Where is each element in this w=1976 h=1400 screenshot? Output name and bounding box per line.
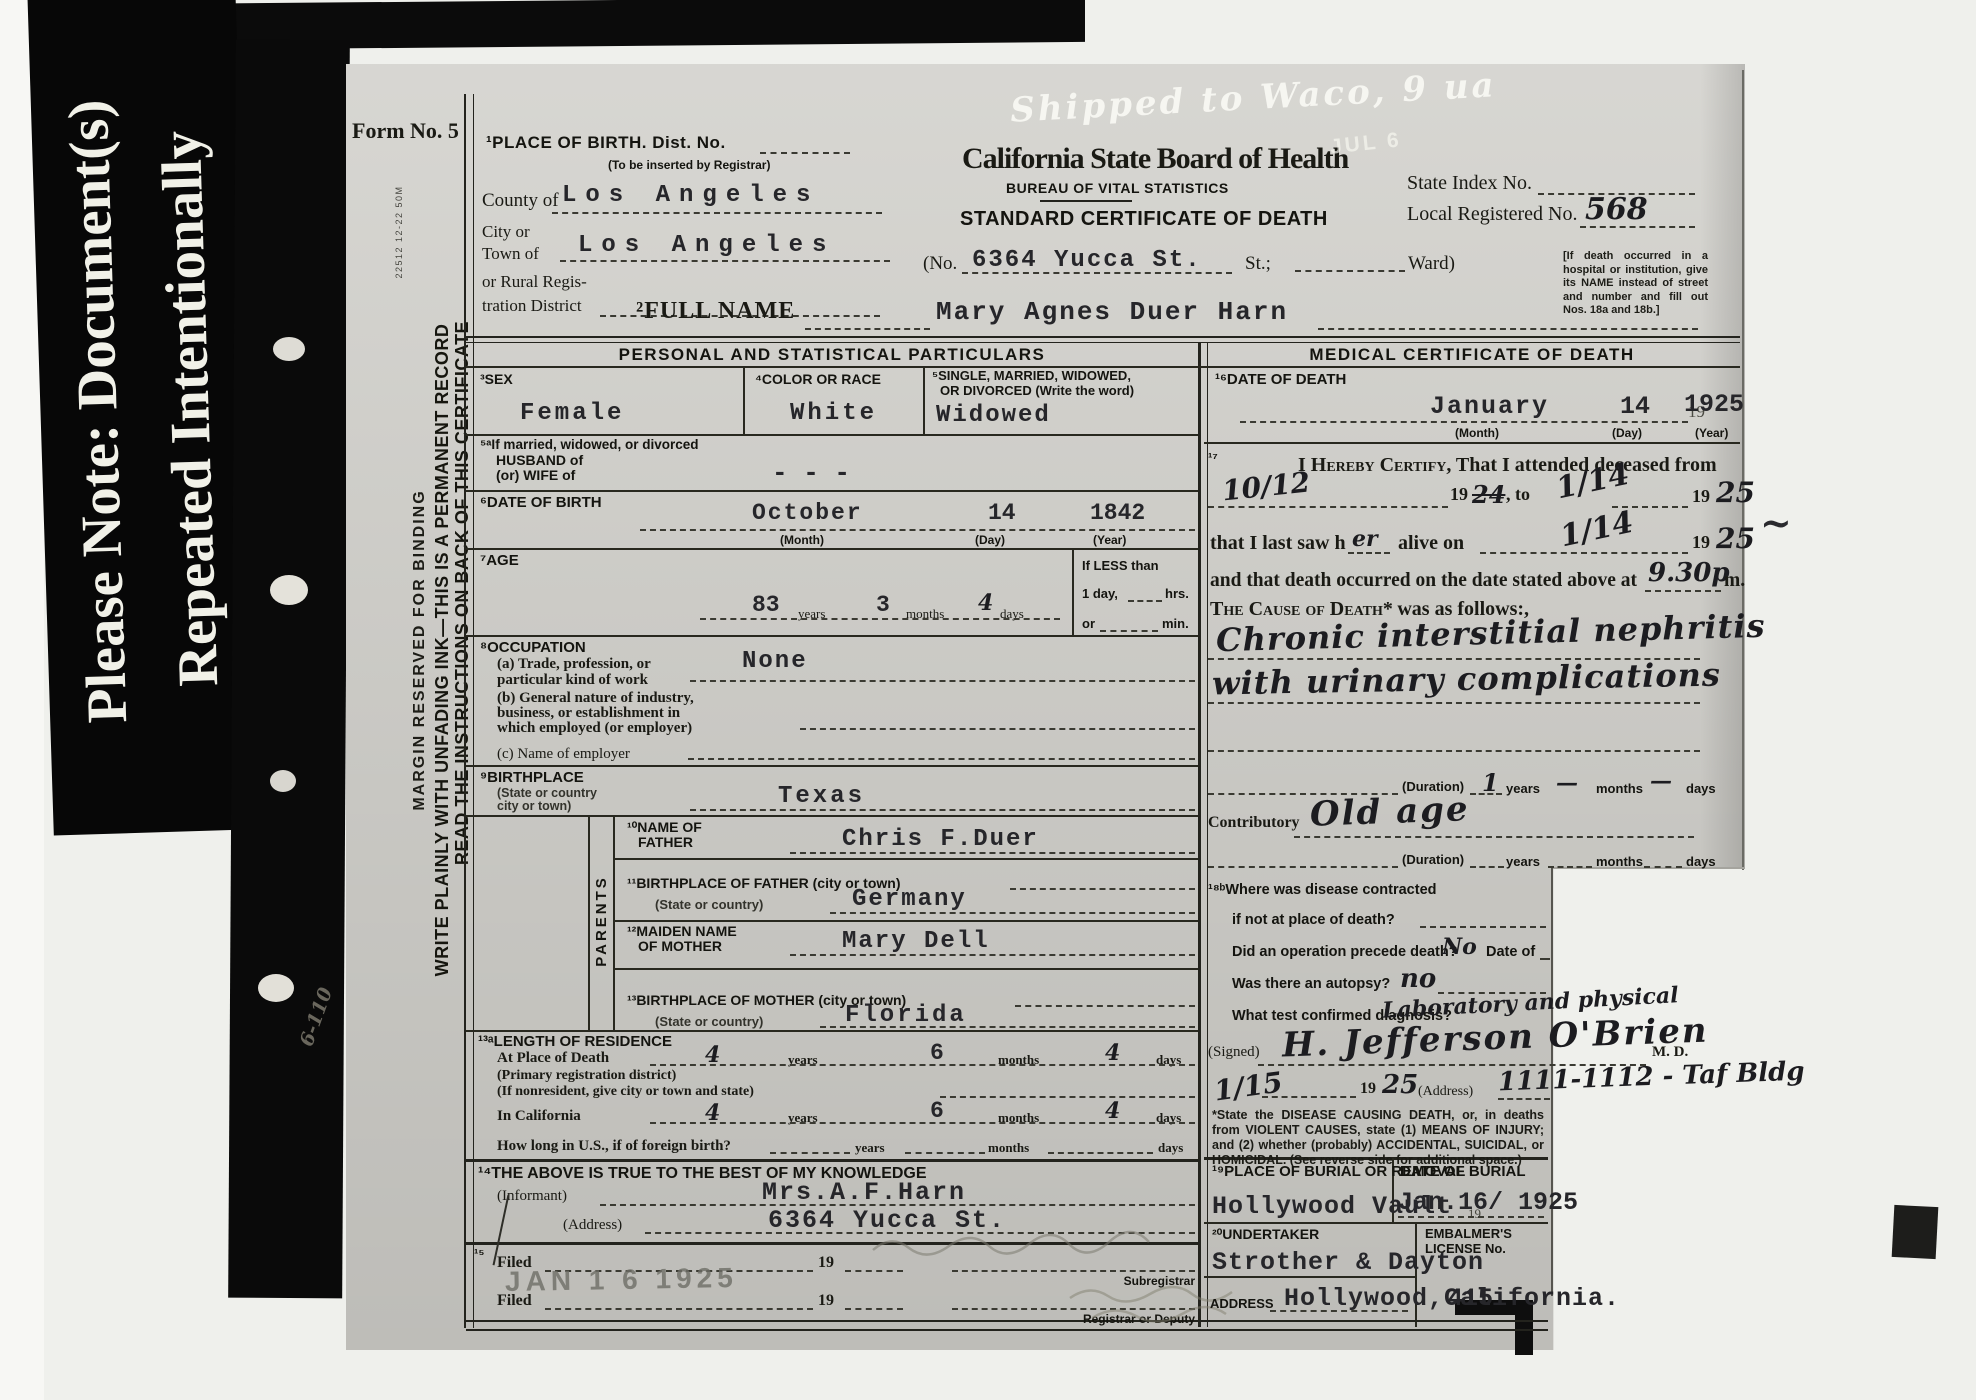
embalmer-no-value: 415 xyxy=(1448,1284,1493,1313)
filed-item-number: ¹⁵ xyxy=(474,1246,484,1261)
duration1-months-value: — xyxy=(1556,770,1578,796)
rule xyxy=(1204,1222,1548,1224)
or-caption: or xyxy=(1082,616,1095,631)
occupation-a1: (a) Trade, profession, or xyxy=(497,656,651,673)
race-label: ⁴COLOR OR RACE xyxy=(755,371,881,387)
certify-line: I Hereby Certify, That I attended deceas… xyxy=(1298,454,1717,477)
hrs-line xyxy=(1128,600,1162,602)
occupation-a2: particular kind of work xyxy=(497,672,648,689)
dod-line xyxy=(1240,421,1688,423)
duration2-lead xyxy=(1208,866,1398,868)
form-number: Form No. 5 xyxy=(352,118,459,144)
age-label: ⁷AGE xyxy=(480,552,519,569)
mother-bp-line xyxy=(820,1026,1195,1028)
filed-19-2: 19 xyxy=(818,1292,834,1310)
mother-name-value: Mary Dell xyxy=(842,928,990,955)
duration1-months-caption: months xyxy=(1596,781,1643,796)
local-reg-value: 568 xyxy=(1585,192,1648,227)
mother-name-label-1: ¹²MAIDEN NAME xyxy=(627,923,737,939)
ward-label: Ward) xyxy=(1408,253,1455,275)
burial-date-label: DATE OF BURIAL xyxy=(1400,1163,1526,1180)
column-divider xyxy=(1198,343,1208,1327)
write-plainly-note: WRITE PLAINLY WITH UNFADING INK—THIS IS … xyxy=(432,280,452,1020)
dod-day-caption: (Day) xyxy=(1612,426,1642,440)
sex-value: Female xyxy=(520,400,624,427)
print-code: 22512 12-22 50M xyxy=(394,172,408,292)
scanned-death-certificate: Please Note: Document(s) Repeated Intent… xyxy=(0,0,1976,1400)
min-caption: min. xyxy=(1162,616,1189,631)
spouse-value: - - - xyxy=(772,458,850,488)
father-bp-lead xyxy=(1010,888,1195,890)
embalmer-label-1: EMBALMER'S xyxy=(1425,1226,1512,1241)
us-line xyxy=(770,1152,850,1154)
us-years-caption: years xyxy=(855,1140,885,1156)
rule-thick xyxy=(466,1159,1198,1162)
min-line xyxy=(1100,630,1158,632)
informant-address-caption: (Address) xyxy=(563,1217,622,1234)
mother-bp-lead xyxy=(1015,1005,1195,1007)
parents-box-line xyxy=(588,815,590,1030)
ward-line xyxy=(1295,270,1405,272)
dod-label: ¹⁶DATE OF DEATH xyxy=(1215,371,1346,388)
contracted-label: ¹⁸ᵇWhere was disease contracted xyxy=(1208,882,1437,898)
informant-value: Mrs.A.F.Harn xyxy=(762,1178,966,1207)
dob-month: October xyxy=(752,500,863,526)
filed-line-2a xyxy=(545,1308,813,1310)
rule xyxy=(466,635,1198,637)
dod-day-value: 14 xyxy=(1620,392,1650,421)
mother-bp-value: Florida xyxy=(845,1002,967,1029)
us-months-caption: months xyxy=(988,1140,1029,1156)
attended-from-year: 24 xyxy=(1472,480,1505,509)
margin-reserved-note: MARGIN RESERVED FOR BINDING xyxy=(411,390,429,910)
full-name-line-a xyxy=(805,328,930,330)
us-days-caption: days xyxy=(1158,1140,1183,1156)
father-name-line xyxy=(790,852,1195,854)
filed-19-1: 19 xyxy=(818,1254,834,1272)
if-less-label-2: 1 day, xyxy=(1082,586,1118,601)
us-line3 xyxy=(1048,1152,1153,1154)
ca-days-value: 4 xyxy=(1105,1098,1120,1124)
father-bp-line xyxy=(830,912,1195,914)
attended-to-label: , to xyxy=(1506,484,1530,505)
contributory-value: Old age xyxy=(1309,789,1470,835)
last-saw-year: 25 xyxy=(1716,522,1755,555)
mother-name-label-2: OF MOTHER xyxy=(638,938,722,954)
father-name-value: Chris F.Duer xyxy=(842,826,1039,853)
dob-day: 14 xyxy=(988,500,1016,526)
operation-label: Did an operation precede death? xyxy=(1232,944,1458,960)
street-value: 6364 Yucca St. xyxy=(972,247,1202,274)
spouse-label-3: (or) WIFE of xyxy=(496,467,575,483)
rule xyxy=(466,548,1198,550)
not-at-place-line xyxy=(1420,926,1546,928)
signed-caption: (Signed) xyxy=(1208,1044,1260,1061)
undertaker-address-label: ADDRESS xyxy=(1210,1296,1274,1311)
place-of-birth-label: ¹PLACE OF BIRTH. Dist. No. xyxy=(486,133,726,153)
rule-parents xyxy=(613,968,1198,970)
street-line xyxy=(962,272,1232,274)
note-plate: Please Note: Document(s) Repeated Intent… xyxy=(27,0,261,836)
parents-label: PARENTS xyxy=(593,821,611,1021)
bureau-rule xyxy=(1040,200,1132,202)
dob-day-caption: (Day) xyxy=(975,533,1005,547)
city-label-1: City or xyxy=(482,222,530,242)
duration2-d1 xyxy=(1470,866,1504,868)
birthplace-sub-2: city or town) xyxy=(497,799,571,813)
occupation-value: None xyxy=(742,648,808,675)
attended-line-a xyxy=(1208,506,1448,508)
duration1-d1 xyxy=(1470,793,1502,795)
attended-printed-19a: 19 xyxy=(1450,484,1468,505)
cause-line-2-rule xyxy=(1208,702,1700,704)
residence-prd: (Primary registration district) xyxy=(497,1068,676,1084)
residence-days-value: 4 xyxy=(1105,1040,1120,1066)
duration1-days-caption: days xyxy=(1686,781,1716,796)
father-bp-value: Germany xyxy=(852,886,967,913)
state-index-label: State Index No. xyxy=(1407,172,1532,195)
hrs-caption: hrs. xyxy=(1165,586,1189,601)
undertaker-label: ²⁰UNDERTAKER xyxy=(1212,1226,1319,1243)
not-at-place-label: if not at place of death? xyxy=(1232,912,1395,928)
faint-scribble xyxy=(868,1228,1178,1260)
duration2-years-caption: years xyxy=(1506,854,1540,869)
rule-parents xyxy=(613,920,1198,922)
burial-date-value: Jan.16/ 1925 xyxy=(1398,1188,1578,1217)
signed-address-caption: (Address) xyxy=(1418,1084,1473,1100)
bureau-subtitle: BUREAU OF VITAL STATISTICS xyxy=(1006,180,1229,196)
age-days-value: 4 xyxy=(978,590,993,616)
death-occurred-text: and that death occurred on the date stat… xyxy=(1210,570,1637,592)
full-name-label: ²FULL NAME xyxy=(636,298,795,325)
certify-item-number: ¹⁷ xyxy=(1208,450,1218,465)
dod-month-value: January xyxy=(1430,392,1549,421)
duration2-caption: (Duration) xyxy=(1402,852,1464,867)
film-strip xyxy=(228,40,350,1299)
form-bottom-border xyxy=(466,1320,1548,1331)
residence-nonres: (If nonresident, give city or town and s… xyxy=(497,1084,754,1100)
death-time-value: 9.30p xyxy=(1648,558,1730,588)
occupation-c: (c) Name of employer xyxy=(497,746,630,763)
marital-label-1: ⁵SINGLE, MARRIED, WIDOWED, xyxy=(932,368,1131,383)
age-months-value: 3 xyxy=(876,592,890,618)
contributory-line xyxy=(1294,836,1694,838)
dist-no-line xyxy=(760,152,850,154)
occupation-label: ⁸OCCUPATION xyxy=(480,639,586,656)
right-edge-smudge xyxy=(1892,1205,1939,1259)
st-label: St.; xyxy=(1245,253,1271,275)
standard-title: STANDARD CERTIFICATE OF DEATH xyxy=(960,208,1328,231)
local-reg-label: Local Registered No. xyxy=(1407,203,1578,226)
last-saw-printed-19: 19 xyxy=(1692,532,1710,553)
punch-hole xyxy=(273,337,305,361)
duration2-d2 xyxy=(1548,866,1592,868)
spouse-label-2: HUSBAND of xyxy=(496,452,583,468)
occupation-c-line xyxy=(688,758,1195,760)
dob-year: 1842 xyxy=(1090,500,1145,526)
rural-label-2: tration District xyxy=(482,296,582,316)
mother-bp-sub: (State or country) xyxy=(655,1014,763,1029)
full-name-value: Mary Agnes Duer Harn xyxy=(936,297,1288,327)
certify-text-1: I Hereby Certify, xyxy=(1298,454,1451,476)
punch-hole xyxy=(270,770,296,792)
cell-line xyxy=(743,366,745,434)
residence-us-label: How long in U.S., if of foreign birth? xyxy=(497,1138,731,1155)
duration2-days-caption: days xyxy=(1686,854,1716,869)
attended-to-year: 25 xyxy=(1716,476,1755,509)
burial-printed-19: 19 xyxy=(1468,1206,1481,1222)
dob-month-caption: (Month) xyxy=(780,533,824,547)
city-line xyxy=(560,260,890,262)
last-saw-er: er xyxy=(1352,526,1378,552)
residence-ca-label: In California xyxy=(497,1108,581,1125)
rule xyxy=(466,765,1198,767)
city-label-2: Town of xyxy=(482,244,539,264)
rule xyxy=(466,490,1198,492)
operation-date-line xyxy=(1540,958,1550,960)
age-years-value: 83 xyxy=(752,592,780,618)
county-value: Los Angeles xyxy=(562,182,819,209)
mother-name-line xyxy=(790,954,1195,956)
ca-months-value: 6 xyxy=(930,1098,944,1124)
dod-year-value: 1925 xyxy=(1684,390,1744,419)
death-time-line xyxy=(1645,590,1721,592)
sex-label: ³SEX xyxy=(480,371,513,387)
attended-printed-19b: 19 xyxy=(1692,486,1710,507)
board-title: California State Board of Health xyxy=(962,142,1242,176)
duration2-d3 xyxy=(1644,866,1682,868)
signed-address-line xyxy=(1498,1098,1550,1100)
filed-line-2b xyxy=(845,1308,903,1310)
paper-edge-line-top xyxy=(1742,70,1744,870)
death-time-m-label: m. xyxy=(1724,570,1745,592)
birthplace-sub-1: (State or country xyxy=(497,786,597,800)
residence-months-value: 6 xyxy=(930,1040,944,1066)
burial-date-line xyxy=(1398,1216,1544,1218)
marital-value: Widowed xyxy=(936,402,1051,429)
city-value: Los Angeles xyxy=(578,232,835,259)
residence-line xyxy=(650,1064,1195,1066)
registrar-note: (To be inserted by Registrar) xyxy=(608,158,770,172)
filed-signature-line-1 xyxy=(952,1270,1195,1272)
cause-empty-rule xyxy=(1208,750,1700,752)
hospital-note: [If death occurred in a hospital or inst… xyxy=(1563,250,1708,318)
father-name-label-2: FATHER xyxy=(638,834,693,850)
last-saw-text-2: alive on xyxy=(1398,532,1464,555)
dod-month-caption: (Month) xyxy=(1455,426,1499,440)
occupation-b-line xyxy=(800,728,1195,730)
autopsy-value: no xyxy=(1400,964,1436,994)
md-caption: M. D. xyxy=(1652,1044,1688,1061)
birthplace-value: Texas xyxy=(778,783,865,810)
signed-date-line xyxy=(1262,1096,1356,1098)
flourish-tilde: ~ xyxy=(1760,500,1792,545)
autopsy-label: Was there an autopsy? xyxy=(1232,976,1390,992)
dob-label: ⁶DATE OF BIRTH xyxy=(480,494,602,511)
form-left-border xyxy=(464,94,474,1328)
left-section-title: PERSONAL AND STATISTICAL PARTICULARS xyxy=(466,345,1198,365)
duration1-days-value: — xyxy=(1650,768,1672,794)
occupation-a-line xyxy=(690,680,1195,682)
county-label: County of xyxy=(482,190,559,212)
father-bp-sub: (State or country) xyxy=(655,897,763,912)
occupation-b3: which employed (or employer) xyxy=(497,720,692,737)
rule xyxy=(1204,442,1740,444)
us-line2 xyxy=(905,1152,985,1154)
cell-line xyxy=(1072,548,1074,635)
punch-hole xyxy=(270,575,308,605)
undertaker-address-line xyxy=(1270,1310,1408,1312)
filed-date-stamp: JAN 1 6 1925 xyxy=(505,1262,738,1298)
parents-box-line xyxy=(613,815,615,1030)
birthplace-label: ⁹BIRTHPLACE xyxy=(480,769,584,786)
duration2-months-caption: months xyxy=(1596,854,1643,869)
signed-year-value: 25 xyxy=(1382,1070,1418,1100)
birthplace-line xyxy=(690,809,1195,811)
if-less-label-1: If LESS than xyxy=(1082,558,1159,573)
contributory-label: Contributory xyxy=(1208,814,1300,832)
residence-place-label: At Place of Death xyxy=(497,1050,609,1067)
rural-label-1: or Rural Regis- xyxy=(482,272,587,292)
cell-line xyxy=(923,366,925,434)
spouse-label-1: ⁵ᵃIf married, widowed, or divorced xyxy=(480,437,698,452)
dod-year-caption: (Year) xyxy=(1695,426,1728,440)
rule xyxy=(466,1030,1198,1032)
footnote: *State the DISEASE CAUSING DEATH, or, in… xyxy=(1212,1108,1544,1168)
age-line xyxy=(700,618,1060,620)
filed-line-1b xyxy=(845,1270,903,1272)
rule-under-fullname xyxy=(466,336,1740,343)
last-saw-line xyxy=(1480,552,1688,554)
operation-date-of-label: Date of xyxy=(1486,944,1535,960)
last-saw-er-line xyxy=(1348,552,1390,554)
rule-parents xyxy=(613,858,1198,860)
punch-hole xyxy=(258,974,294,1002)
county-line xyxy=(552,212,882,214)
undertaker-value: Strother & Dayton xyxy=(1212,1248,1484,1277)
duration1-years-caption: years xyxy=(1506,781,1540,796)
right-section-title: MEDICAL CERTIFICATE OF DEATH xyxy=(1204,345,1740,365)
race-value: White xyxy=(790,400,877,427)
no-label: (No. xyxy=(923,253,957,275)
rule xyxy=(466,815,1198,817)
dob-year-caption: (Year) xyxy=(1093,533,1126,547)
full-name-line-b xyxy=(1318,328,1698,330)
rule xyxy=(466,434,1198,436)
filed-label-2: Filed xyxy=(497,1292,532,1310)
last-saw-text-1: that I last saw h xyxy=(1210,532,1346,555)
dob-line xyxy=(640,529,1195,531)
residence-ca-line xyxy=(650,1122,1195,1124)
marital-label-2: OR DIVORCED (Write the word) xyxy=(940,383,1134,398)
residence-nonres-line xyxy=(940,1096,1195,1098)
residence-label: ¹³ᵃLENGTH OF RESIDENCE xyxy=(478,1033,672,1050)
operation-value: No xyxy=(1442,934,1477,960)
signed-printed-19: 19 xyxy=(1360,1080,1376,1098)
note-line-2: Repeated Intentionally xyxy=(136,129,245,687)
